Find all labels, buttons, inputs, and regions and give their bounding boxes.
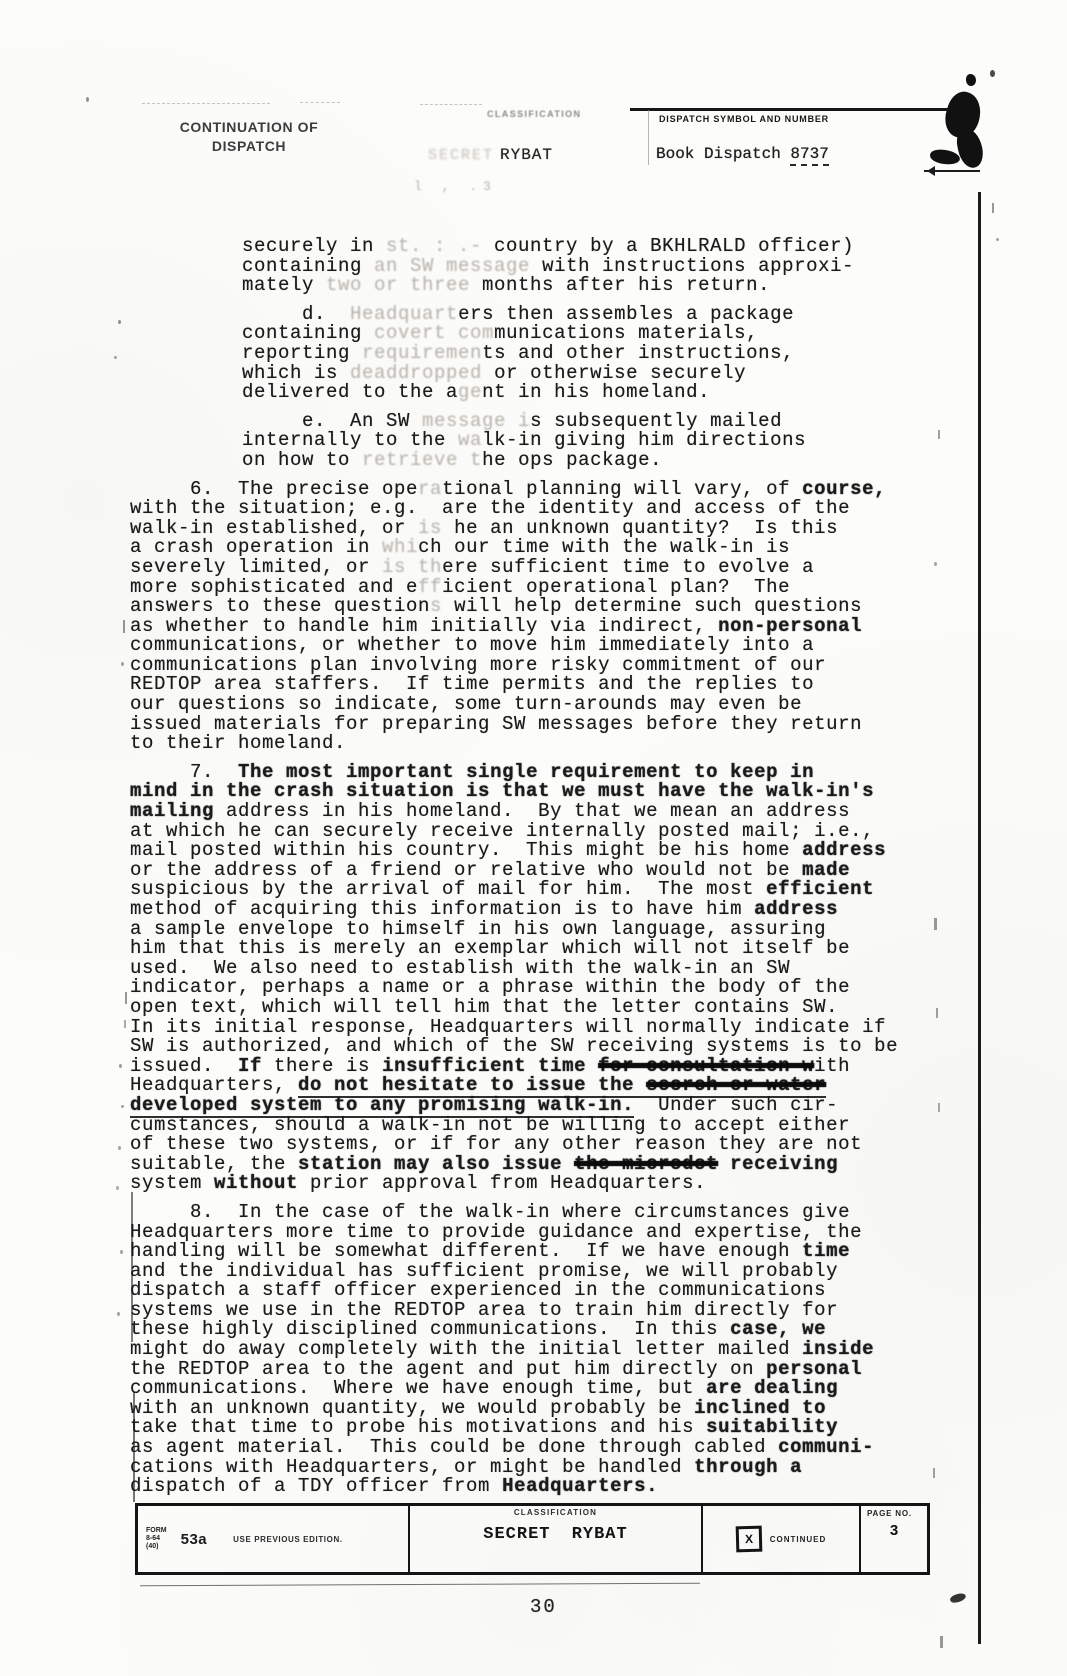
- page-border-line: [978, 192, 981, 1644]
- form-id-cell: FORM 8-64 (40) 53a USE PREVIOUS EDITION.: [138, 1506, 410, 1572]
- page-no-label: PAGE NO.: [867, 1509, 927, 1518]
- footer-classification-value: SECRET RYBAT: [410, 1525, 701, 1544]
- sub-para-e: e. An SW message is subsequently mailedi…: [242, 412, 940, 471]
- form-small-number: (40): [146, 1543, 167, 1551]
- form-number: 53a: [181, 1531, 208, 1548]
- sub-para-c-continuation: securely in st. : .- country by a BKHLRA…: [242, 237, 940, 296]
- document-body: securely in st. : .- country by a BKHLRA…: [130, 230, 940, 1497]
- continued-cell: X CONTINUED: [703, 1506, 861, 1572]
- scan-artifact: [420, 104, 482, 105]
- dispatch-number-value: 8737: [790, 145, 828, 166]
- scan-artifact: [117, 1312, 120, 1316]
- scan-artifact: [142, 103, 270, 104]
- text-line: to their homeland.: [130, 734, 940, 754]
- scan-artifact: [118, 320, 121, 324]
- page-no-cell: PAGE NO. 3: [861, 1506, 927, 1572]
- classification-label: CLASSIFICATION: [487, 109, 581, 119]
- dispatch-number-prefix: Book Dispatch: [656, 145, 790, 163]
- scan-artifact: [121, 1105, 124, 1108]
- text-line: mately two or three months after his ret…: [242, 276, 940, 296]
- scan-artifact: [996, 238, 999, 241]
- scan-artifact: [116, 1186, 119, 1190]
- scan-artifact: [124, 1020, 126, 1028]
- scan-artifact: [120, 1250, 123, 1254]
- continuation-of-dispatch-label: CONTINUATION OF DISPATCH: [176, 118, 322, 156]
- form-word: FORM: [146, 1527, 167, 1535]
- text-line: delivered to the agent in his homeland.: [242, 383, 940, 403]
- scan-artifact: [119, 1064, 122, 1068]
- scan-artifact: [114, 356, 117, 359]
- scan-artifact: [118, 1146, 121, 1150]
- scan-artifact: [990, 70, 995, 77]
- continued-checkbox: X: [735, 1526, 762, 1553]
- scan-artifact: [123, 620, 125, 633]
- footer-classification-label: CLASSIFICATION: [410, 1508, 701, 1517]
- use-previous-edition-note: USE PREVIOUS EDITION.: [233, 1535, 343, 1544]
- text-line: dispatch of a TDY officer from Headquart…: [130, 1477, 940, 1497]
- para-8: 8. In the case of the walk-in where circ…: [130, 1203, 940, 1497]
- ink-smudge: [966, 74, 976, 86]
- continued-label: CONTINUED: [770, 1535, 827, 1544]
- ink-smudge: [954, 126, 986, 170]
- scan-artifact: [300, 102, 340, 103]
- text-line: system without prior approval from Headq…: [130, 1174, 940, 1194]
- classification-secret-faded: SECRET: [428, 147, 494, 164]
- document-page: CONTINUATION OF DISPATCH CLASSIFICATION …: [0, 0, 1067, 1676]
- scan-artifact: [992, 203, 994, 213]
- scan-artifact: [121, 662, 124, 666]
- form-id: FORM 8-64 (40): [146, 1527, 167, 1551]
- scan-artifact: [940, 1636, 943, 1648]
- dispatch-number: Book Dispatch 8737: [656, 145, 829, 163]
- classification-value: RYBAT: [500, 146, 553, 164]
- header-arrow-line: [924, 170, 980, 172]
- continuation-line1: CONTINUATION OF: [176, 118, 322, 137]
- continuation-line2: DISPATCH: [176, 137, 322, 156]
- scan-artifact: [949, 1592, 967, 1605]
- para-6: 6. The precise operational planning will…: [130, 480, 940, 754]
- text-line: on how to retrieve the ops package.: [242, 451, 940, 471]
- faded-margin-mark: l , .3: [414, 179, 497, 194]
- footer-classification-cell: CLASSIFICATION SECRET RYBAT: [410, 1506, 703, 1572]
- header-cell-divider: [648, 110, 649, 165]
- header-rule: [630, 108, 960, 111]
- footer-form: FORM 8-64 (40) 53a USE PREVIOUS EDITION.…: [135, 1503, 930, 1575]
- form-date: 8-64: [146, 1535, 167, 1543]
- page-number: 30: [530, 1596, 557, 1618]
- scan-artifact: [140, 1583, 700, 1586]
- page-no-value: 3: [861, 1522, 927, 1539]
- sub-para-d: d. Headquarters then assembles a package…: [242, 305, 940, 403]
- para-7: 7. The most important single requirement…: [130, 763, 940, 1194]
- dispatch-symbol-label: DISPATCH SYMBOL AND NUMBER: [659, 114, 829, 124]
- ink-smudge: [929, 148, 960, 165]
- scan-artifact: [86, 97, 89, 102]
- scan-artifact: [125, 992, 127, 1004]
